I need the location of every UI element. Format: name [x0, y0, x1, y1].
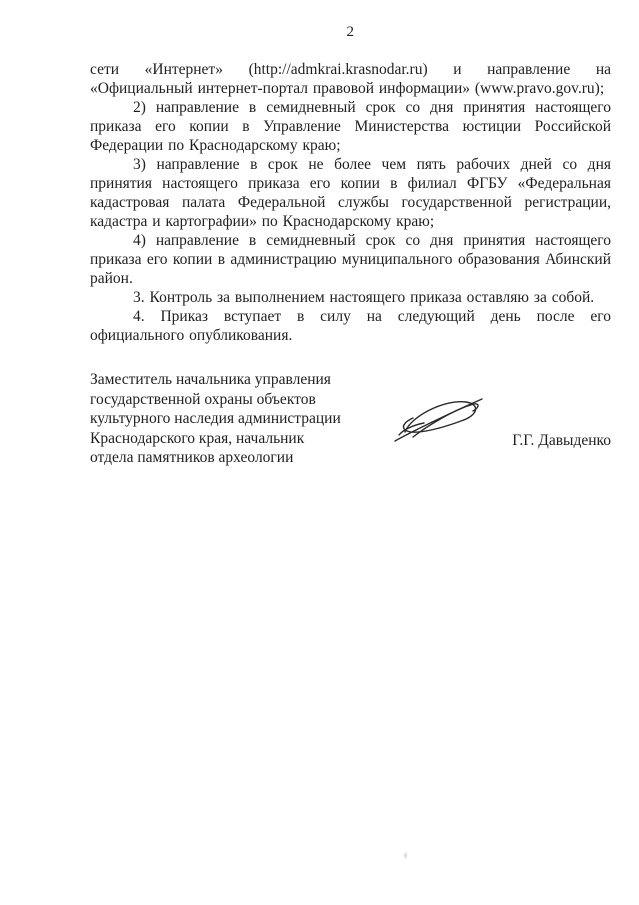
handwritten-signature-icon: [393, 394, 485, 444]
paragraph-point-4: 4. Приказ вступает в силу на следующий д…: [90, 307, 611, 345]
paragraph-item-3: 3) направление в срок не более чем пять …: [90, 155, 611, 231]
signatory-position: Заместитель начальника управления госуда…: [90, 370, 611, 468]
signatory-position-line: отдела памятников археологии: [90, 448, 611, 468]
signatory-name: Г.Г. Давыденко: [512, 431, 611, 451]
signatory-position-line: Заместитель начальника управления: [90, 370, 611, 390]
signature-strokes: [395, 399, 482, 441]
paragraph-point-3: 3. Контроль за выполнением настоящего пр…: [90, 288, 611, 307]
paragraph-item-4: 4) направление в семидневный срок со дня…: [90, 231, 611, 288]
document-page: 2 сети «Интернет» (http://admkrai.krasno…: [0, 0, 639, 905]
signatory-position-line: государственной охраны объектов: [90, 390, 611, 410]
page-number: 2: [90, 24, 611, 41]
document-body: сети «Интернет» (http://admkrai.krasnoda…: [90, 60, 611, 345]
scan-artifact: [403, 851, 408, 860]
paragraph-item-2: 2) направление в семидневный срок со дня…: [90, 98, 611, 155]
paragraph-continuation: сети «Интернет» (http://admkrai.krasnoda…: [90, 60, 611, 98]
signature-block: Заместитель начальника управления госуда…: [90, 370, 611, 470]
signatory-position-line: культурного наследия администрации: [90, 409, 611, 429]
document-content: 2 сети «Интернет» (http://admkrai.krasno…: [90, 24, 611, 470]
